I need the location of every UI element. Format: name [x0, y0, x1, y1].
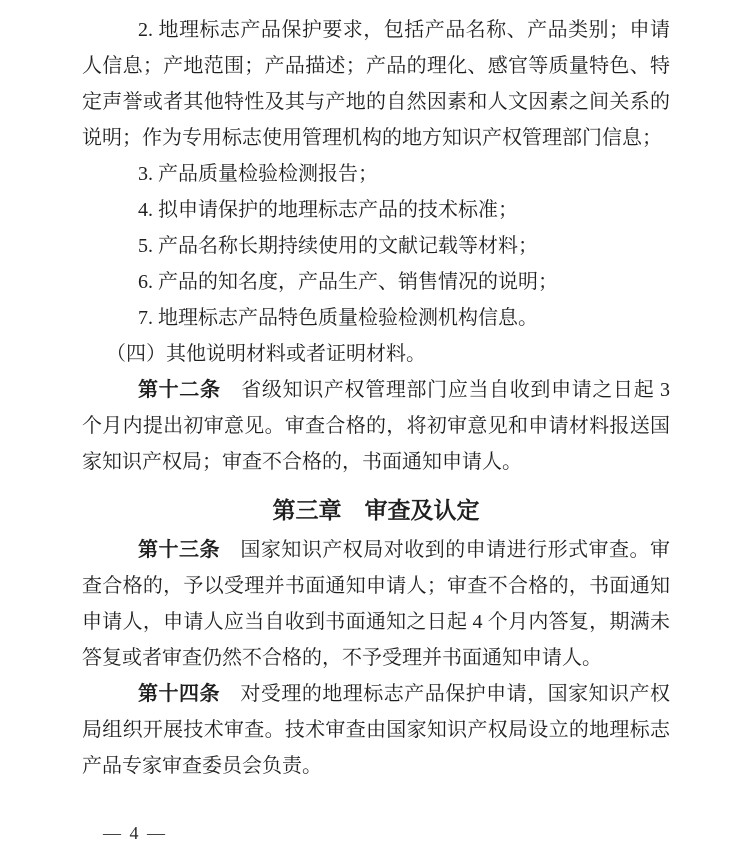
list-item-3: 3. 产品质量检验检测报告； — [82, 156, 670, 192]
list-item-6: 6. 产品的知名度，产品生产、销售情况的说明； — [82, 264, 670, 300]
list-item-si: （四）其他说明材料或者证明材料。 — [82, 336, 670, 372]
document-body: 2. 地理标志产品保护要求，包括产品名称、产品类别；申请人信息；产地范围；产品描… — [82, 12, 670, 784]
document-page: 2. 地理标志产品保护要求，包括产品名称、产品类别；申请人信息；产地范围；产品描… — [0, 0, 750, 849]
article-14-term: 第十四条 — [138, 683, 220, 705]
list-item-4: 4. 拟申请保护的地理标志产品的技术标准； — [82, 192, 670, 228]
list-item-2: 2. 地理标志产品保护要求，包括产品名称、产品类别；申请人信息；产地范围；产品描… — [82, 12, 670, 156]
list-item-7: 7. 地理标志产品特色质量检验检测机构信息。 — [82, 300, 670, 336]
article-12-term: 第十二条 — [138, 379, 221, 401]
article-12-paragraph: 第十二条 省级知识产权管理部门应当自收到申请之日起 3 个月内提出初审意见。审查… — [82, 372, 670, 480]
article-13-term: 第十三条 — [138, 539, 220, 561]
chapter-heading: 第三章 审查及认定 — [82, 492, 670, 528]
page-number-footer: — 4 — — [103, 823, 167, 844]
article-14-paragraph: 第十四条 对受理的地理标志产品保护申请，国家知识产权局组织开展技术审查。技术审查… — [82, 676, 670, 784]
article-13-paragraph: 第十三条 国家知识产权局对收到的申请进行形式审查。审查合格的，予以受理并书面通知… — [82, 532, 670, 676]
list-item-5: 5. 产品名称长期持续使用的文献记载等材料； — [82, 228, 670, 264]
